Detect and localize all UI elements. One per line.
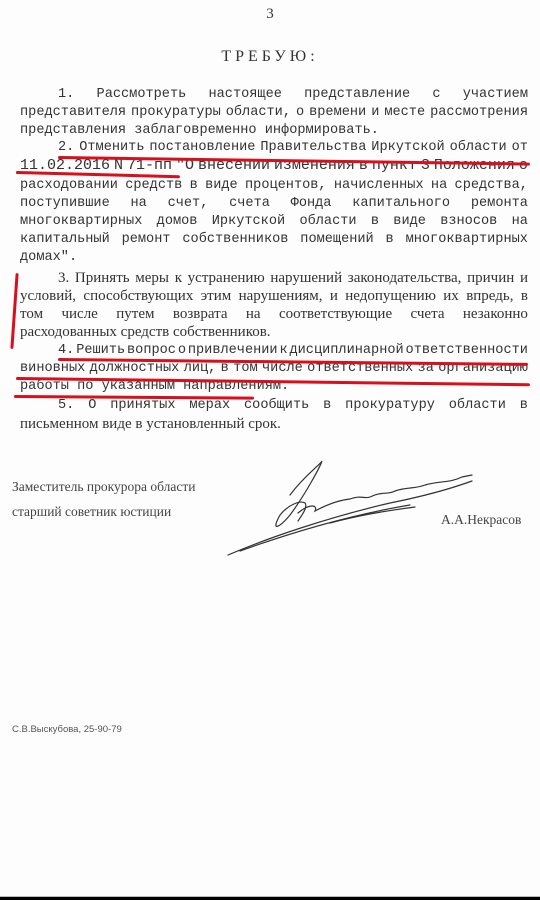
word: к (175, 269, 182, 287)
word: представление (304, 86, 410, 104)
contact-info: С.В.Выскубова, 25-90-79 (12, 724, 122, 735)
word: в (371, 213, 379, 231)
word: домов (157, 213, 198, 231)
word: 3 (421, 157, 430, 175)
word: постановление (149, 139, 255, 157)
word: расходовании (20, 177, 118, 195)
word: О (88, 397, 96, 415)
word: Фонда (291, 195, 332, 213)
word: законодательства, (348, 269, 462, 287)
word: к (279, 342, 287, 360)
word: на (130, 195, 146, 213)
word: нарушений (270, 269, 342, 287)
word: виновных (20, 360, 85, 378)
word: их (443, 287, 459, 305)
word: взносов (440, 213, 497, 231)
word: Положения (434, 157, 515, 175)
word: капитальный (20, 231, 110, 249)
word: области (450, 139, 507, 157)
item-4-line-1: 4.Решитьвопросопривлечениикдисциплинарно… (58, 342, 528, 360)
word: ремонта (471, 195, 528, 213)
word: устранению (188, 269, 265, 287)
word: способствующих (83, 287, 193, 305)
word: лиц, (184, 360, 217, 378)
item-5-line-1: 5.Опринятыхмерахсообщитьвпрокуратуруобла… (58, 397, 528, 415)
word: о (519, 157, 528, 175)
item-3-line-3: томчислепутемвозвратанасоответствующиесч… (20, 305, 528, 323)
word: должностных (90, 360, 180, 378)
word: Рассмотреть (97, 86, 187, 104)
word: сообщить (244, 397, 309, 415)
word: многоквартирных (20, 213, 142, 231)
word: от (512, 139, 528, 157)
item-2-line-1: 2.ОтменитьпостановлениеПравительстваИрку… (58, 139, 528, 157)
word: поступившие (20, 195, 110, 213)
word: вопрос (127, 342, 176, 360)
word: в (323, 397, 331, 415)
signer-position-line-2: старший советник юстиции (12, 504, 171, 520)
word: привлечении (188, 342, 278, 360)
word: в (190, 177, 198, 195)
word: области (449, 397, 506, 415)
word: помещений (300, 231, 373, 249)
word: мерах (189, 397, 230, 415)
word: области (299, 213, 356, 231)
word: причин (467, 269, 514, 287)
word: недопущению (345, 287, 436, 305)
word: настоящее (208, 86, 281, 104)
word: Иркутской (212, 213, 285, 231)
word: собственников (182, 231, 288, 249)
item-1-line-2: представителяпрокуратурыобласти,овремени… (20, 104, 528, 122)
word: этим (201, 287, 232, 305)
word: впредь, (466, 287, 513, 305)
word: Правительства (260, 139, 366, 157)
word: ремонт (122, 231, 171, 249)
word: о (296, 104, 304, 122)
document-page: 3 ТРЕБУЮ: 1.Рассмотретьнастоящеепредстав… (0, 0, 540, 900)
word: с (432, 86, 440, 104)
word: времени (309, 104, 366, 122)
word: 5. (58, 397, 74, 415)
handwritten-signature-icon (210, 455, 490, 565)
word: процентов, (245, 177, 327, 195)
word: участием (463, 86, 528, 104)
document-heading: ТРЕБУЮ: (0, 48, 540, 66)
word: на (431, 177, 447, 195)
word: капитального (352, 195, 450, 213)
page-number: 3 (0, 6, 540, 23)
word: в (386, 231, 394, 249)
word: незаконно (463, 305, 528, 323)
item-2-line-7: домах". (20, 249, 528, 267)
word: счет, (168, 195, 209, 213)
item-5-line-2: письменном виде в установленный срок. (20, 415, 528, 433)
item-1-line-1: 1.Рассмотретьнастоящеепредставлениесучас… (58, 86, 528, 104)
word: дисциплинарной (289, 342, 403, 360)
word: Иркутской (371, 139, 444, 157)
word: том (20, 305, 43, 323)
item-3-line-4: расходованных средств собственников. (20, 323, 528, 341)
item-2-line-3: расходованиисредствввидепроцентов,начисл… (20, 177, 528, 195)
word: возврата (173, 305, 228, 323)
word: в (520, 397, 528, 415)
word: счета (229, 195, 270, 213)
word: месте (384, 104, 425, 122)
word: о (178, 342, 186, 360)
word: рассмотрения (430, 104, 528, 122)
item-3-line-1: 3.Принятьмерыкустранениюнарушенийзаконод… (58, 269, 528, 287)
word: числе (61, 305, 97, 323)
word: области, (226, 104, 291, 122)
word: в (521, 287, 528, 305)
item-1-line-3: представления заблаговременно информиров… (20, 122, 528, 140)
word: 3. (58, 269, 69, 287)
word: счета (411, 305, 445, 323)
word: на (512, 213, 528, 231)
word: 2. (58, 139, 74, 157)
word: и (371, 104, 379, 122)
word: меры (135, 269, 169, 287)
word: многоквартирных (406, 231, 528, 249)
word: и (520, 269, 528, 287)
word: нарушениям, (239, 287, 323, 305)
word: принятых (110, 397, 175, 415)
word: начисленных (334, 177, 424, 195)
item-3-line-2: условий,способствующихэтимнарушениям,ине… (20, 287, 528, 305)
word: ответственности (406, 342, 528, 360)
signer-position-line-1: Заместитель прокурора области (12, 479, 196, 495)
word: и (330, 287, 338, 305)
word: виде (205, 177, 238, 195)
word: 1. (58, 86, 74, 104)
red-margin-bar-item-3 (10, 273, 18, 349)
word: условий, (20, 287, 76, 305)
word: представителя (20, 104, 126, 122)
item-2-line-4: поступившиенасчет,счетаФондакапитального… (20, 195, 528, 213)
item-2-line-6: капитальныйремонтсобственниковпомещенийв… (20, 231, 528, 249)
word: Отменить (79, 139, 144, 157)
word: средства, (455, 177, 528, 195)
word: средств (125, 177, 182, 195)
word: соответствующие (279, 305, 392, 323)
word: прокуратуры (131, 104, 221, 122)
word: виде (393, 213, 426, 231)
word: путем (116, 305, 154, 323)
item-2-line-5: многоквартирныхдомовИркутскойобластиввид… (20, 213, 528, 231)
word: прокуратуру (345, 397, 435, 415)
word: Принять (75, 269, 130, 287)
word: на (246, 305, 261, 323)
